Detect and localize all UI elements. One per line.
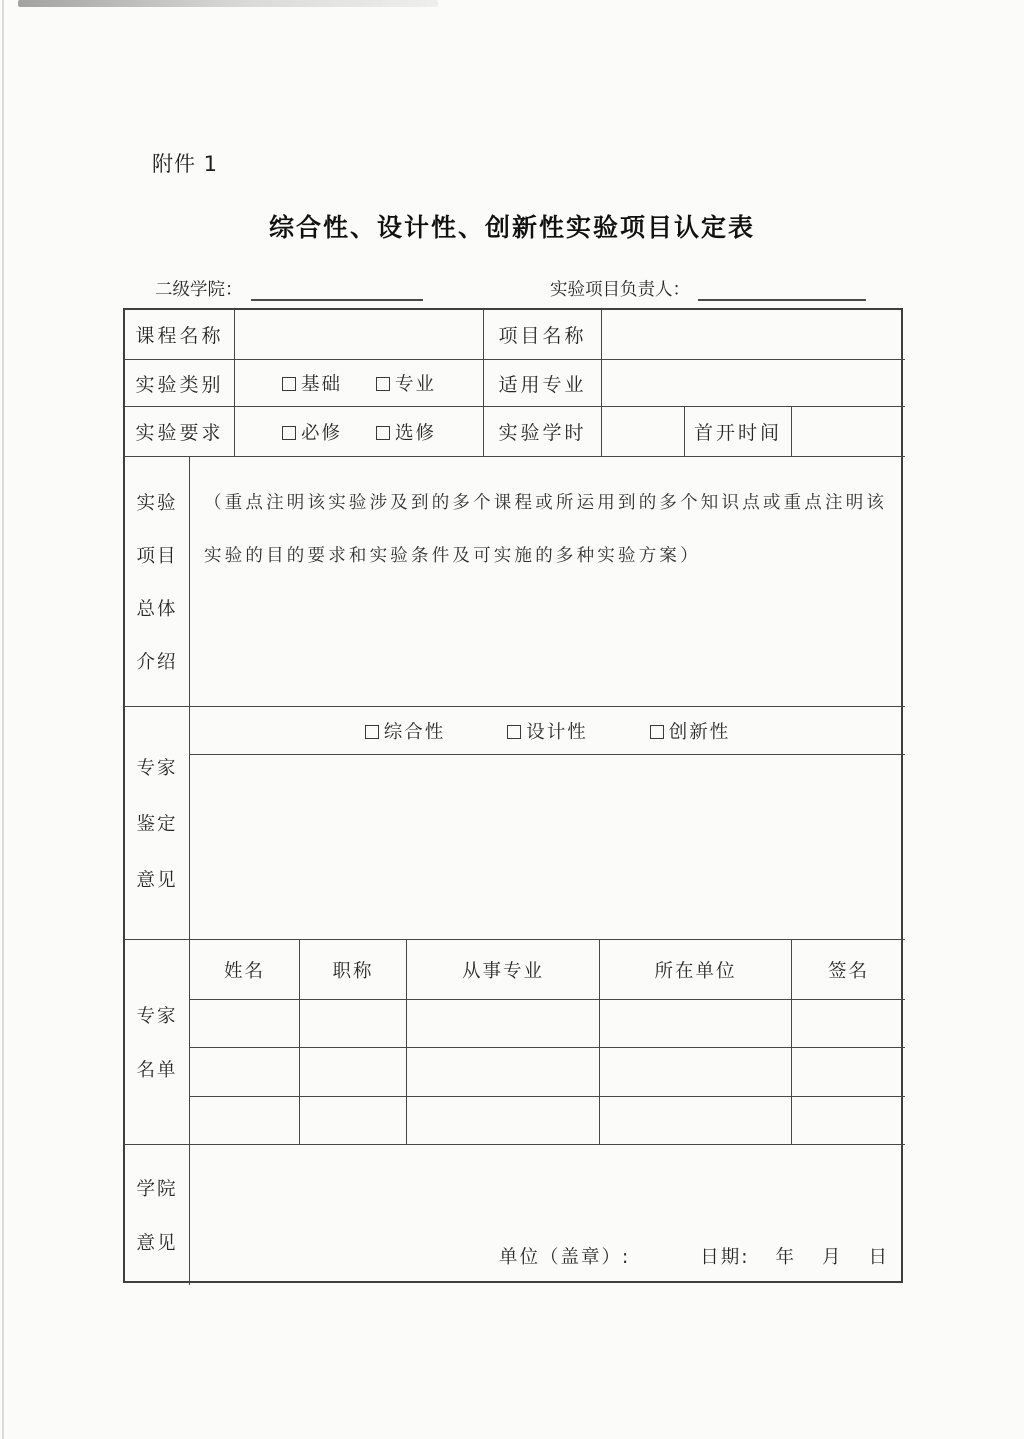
expert-row2-title-cell: [300, 1048, 407, 1097]
year-label: 年: [775, 1247, 796, 1268]
expert-row1-unit-cell: [600, 1000, 792, 1048]
expert-row2-signature-cell: [792, 1048, 905, 1097]
first-open-time-value-cell: [792, 407, 905, 457]
overview-section-label: 实验 项目 总体 介绍: [125, 457, 190, 707]
expert-row3-signature-cell: [792, 1097, 905, 1145]
experiment-type-options-cell: 综合性 设计性 创新性: [190, 707, 905, 755]
expert-col-unit: 所在单位: [600, 940, 792, 1000]
expert-row1-name-cell: [190, 1000, 300, 1048]
checkbox-icon: [376, 377, 390, 391]
experiment-hours-value-cell: [602, 407, 685, 457]
type-option-design: 设计性: [507, 718, 588, 744]
date-label: 日期:: [700, 1247, 749, 1268]
header-fields-row: 二级学院： 实验项目负责人：: [0, 276, 1024, 306]
project-leader-field: 实验项目负责人：: [550, 276, 866, 301]
course-name-value-cell: [235, 310, 484, 360]
experiment-requirement-label-cell: 实验要求: [125, 407, 235, 457]
expert-row2-unit-cell: [600, 1048, 792, 1097]
college-label: 二级学院：: [155, 280, 243, 300]
checkbox-icon: [282, 377, 296, 391]
college-opinion-section-label: 学院 意见: [125, 1145, 190, 1285]
overview-note-text: （重点注明该实验涉及到的多个课程或所运用到的多个知识点或重点注明该 实验的目的要…: [190, 457, 901, 583]
expert-row3-name-cell: [190, 1097, 300, 1145]
seal-label: 单位（盖章）:: [499, 1247, 630, 1268]
overview-body-cell: （重点注明该实验涉及到的多个课程或所运用到的多个知识点或重点注明该 实验的目的要…: [190, 457, 905, 707]
requirement-option-elective: 选修: [376, 419, 436, 445]
project-leader-blank-line: [698, 283, 866, 301]
scan-artifact-top: [18, 0, 438, 7]
day-label: 日: [868, 1247, 889, 1268]
expert-row1-major-cell: [407, 1000, 600, 1048]
expert-row2-name-cell: [190, 1048, 300, 1097]
checkbox-icon: [365, 725, 379, 739]
applicable-major-label-cell: 适用专业: [484, 360, 602, 407]
checkbox-icon: [650, 725, 664, 739]
category-option-basic: 基础: [282, 370, 342, 396]
type-option-comprehensive: 综合性: [365, 718, 446, 744]
first-open-time-label-cell: 首开时间: [685, 407, 792, 457]
requirement-option-required: 必修: [282, 419, 342, 445]
applicable-major-value-cell: [602, 360, 905, 407]
experiment-requirement-options-cell: 必修 选修: [235, 407, 484, 457]
expert-row3-unit-cell: [600, 1097, 792, 1145]
expert-opinion-writing-area: [190, 755, 905, 940]
type-option-innovative: 创新性: [650, 718, 731, 744]
experiment-hours-label-cell: 实验学时: [484, 407, 602, 457]
checkbox-icon: [282, 426, 296, 440]
experiment-category-options-cell: 基础 专业: [235, 360, 484, 407]
experiment-category-label-cell: 实验类别: [125, 360, 235, 407]
expert-col-title: 职称: [300, 940, 407, 1000]
expert-col-name: 姓名: [190, 940, 300, 1000]
expert-list-section-label: 专家 名单: [125, 940, 190, 1145]
expert-row2-major-cell: [407, 1048, 600, 1097]
scanned-form-page: 附件 1 综合性、设计性、创新性实验项目认定表 二级学院： 实验项目负责人： 课…: [0, 0, 1024, 1439]
form-table: 课程名称 项目名称 实验类别 基础 专业 适用专业 实验要求 必修 选修 实验学…: [123, 308, 903, 1283]
expert-col-major: 从事专业: [407, 940, 600, 1000]
expert-row3-title-cell: [300, 1097, 407, 1145]
category-option-professional: 专业: [376, 370, 436, 396]
form-title: 综合性、设计性、创新性实验项目认定表: [0, 208, 1024, 244]
project-name-label-cell: 项目名称: [484, 310, 602, 360]
course-name-label-cell: 课程名称: [125, 310, 235, 360]
college-opinion-body-cell: 单位（盖章）:日期:年月日: [190, 1145, 905, 1285]
college-blank-line: [251, 283, 423, 301]
college-field: 二级学院：: [155, 276, 423, 301]
month-label: 月: [822, 1247, 843, 1268]
project-leader-label: 实验项目负责人：: [550, 280, 690, 300]
attachment-label: 附件 1: [152, 148, 218, 178]
expert-opinion-section-label: 专家 鉴定 意见: [125, 707, 190, 940]
checkbox-icon: [507, 725, 521, 739]
expert-row1-title-cell: [300, 1000, 407, 1048]
expert-row1-signature-cell: [792, 1000, 905, 1048]
expert-col-signature: 签名: [792, 940, 905, 1000]
project-name-value-cell: [602, 310, 905, 360]
expert-row3-major-cell: [407, 1097, 600, 1145]
checkbox-icon: [376, 426, 390, 440]
seal-and-date-line: 单位（盖章）:日期:年月日: [499, 1243, 889, 1269]
